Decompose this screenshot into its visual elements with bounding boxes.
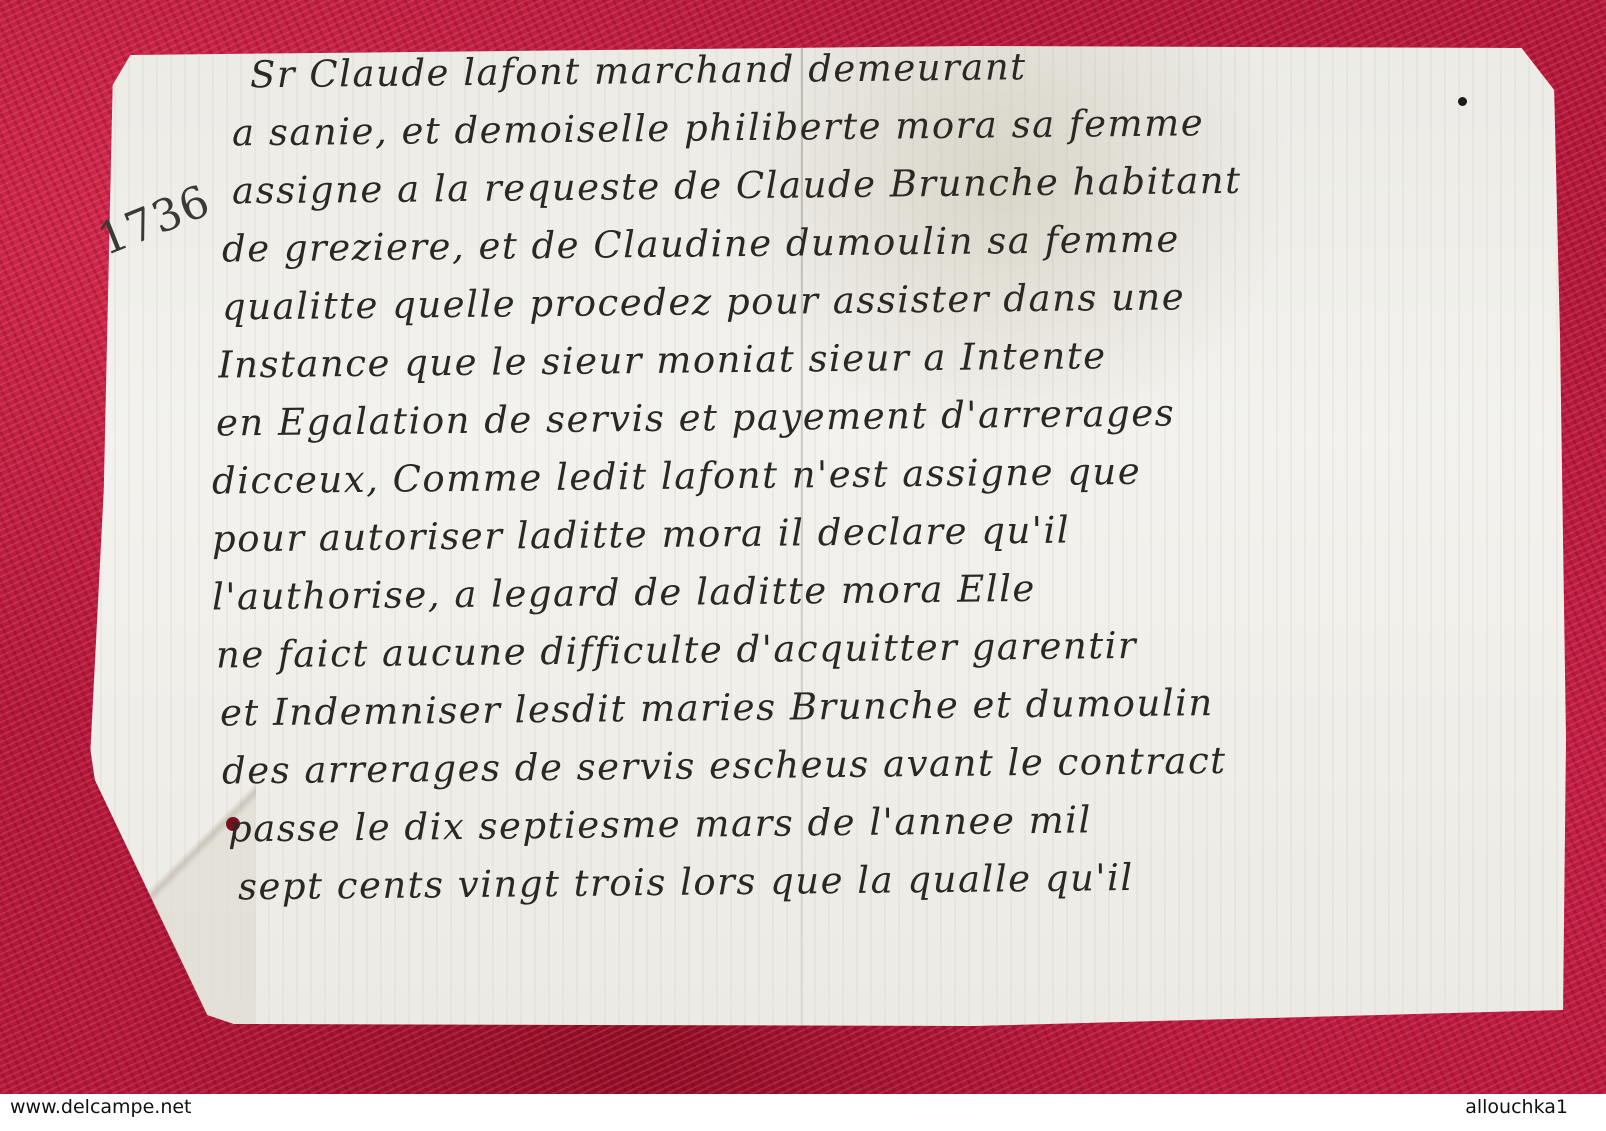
seller-watermark: allouchka1 bbox=[1465, 1096, 1568, 1118]
document-photo: 1736 Sr Claude lafont marchand demeurant… bbox=[0, 0, 1606, 1094]
watermark-footer: www.delcampe.net allouchka1 bbox=[0, 1094, 1606, 1131]
manuscript-line: sept cents vingt trois lors que la quall… bbox=[238, 846, 1461, 917]
manuscript-text: Sr Claude lafont marchand demeurant a sa… bbox=[140, 40, 1460, 910]
site-watermark: www.delcampe.net bbox=[10, 1096, 192, 1118]
